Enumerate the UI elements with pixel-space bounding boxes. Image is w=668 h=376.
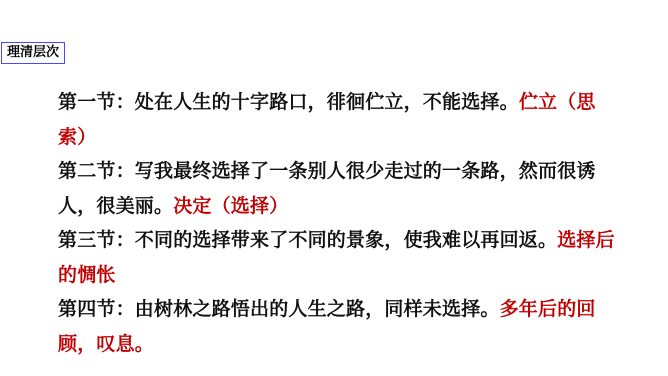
- stanza-3: 第三节：不同的选择带来了不同的景象，使我难以再回返。选择后的惆怅: [58, 223, 618, 292]
- stanza-4-text: 第四节：由树林之路悟出的人生之路，同样未选择。: [58, 298, 500, 320]
- stanza-1: 第一节：处在人生的十字路口，徘徊伫立，不能选择。伫立（思索）: [58, 85, 618, 154]
- stanza-1-text: 第一节：处在人生的十字路口，徘徊伫立，不能选择。: [58, 91, 519, 113]
- stanza-2-highlight: 决定（选择）: [173, 195, 288, 217]
- section-title-box: 理清层次: [1, 42, 65, 64]
- stanza-3-text: 第三节：不同的选择带来了不同的景象，使我难以再回返。: [58, 229, 557, 251]
- stanza-4: 第四节：由树林之路悟出的人生之路，同样未选择。多年后的回顾，叹息。: [58, 292, 618, 361]
- stanza-2-text: 第二节：写我最终选择了一条别人很少走过的一条路，然而很诱人，很美丽。: [58, 160, 596, 217]
- stanza-2: 第二节：写我最终选择了一条别人很少走过的一条路，然而很诱人，很美丽。决定（选择）: [58, 154, 618, 223]
- stanza-analysis-list: 第一节：处在人生的十字路口，徘徊伫立，不能选择。伫立（思索） 第二节：写我最终选…: [58, 85, 618, 361]
- section-title: 理清层次: [7, 42, 59, 64]
